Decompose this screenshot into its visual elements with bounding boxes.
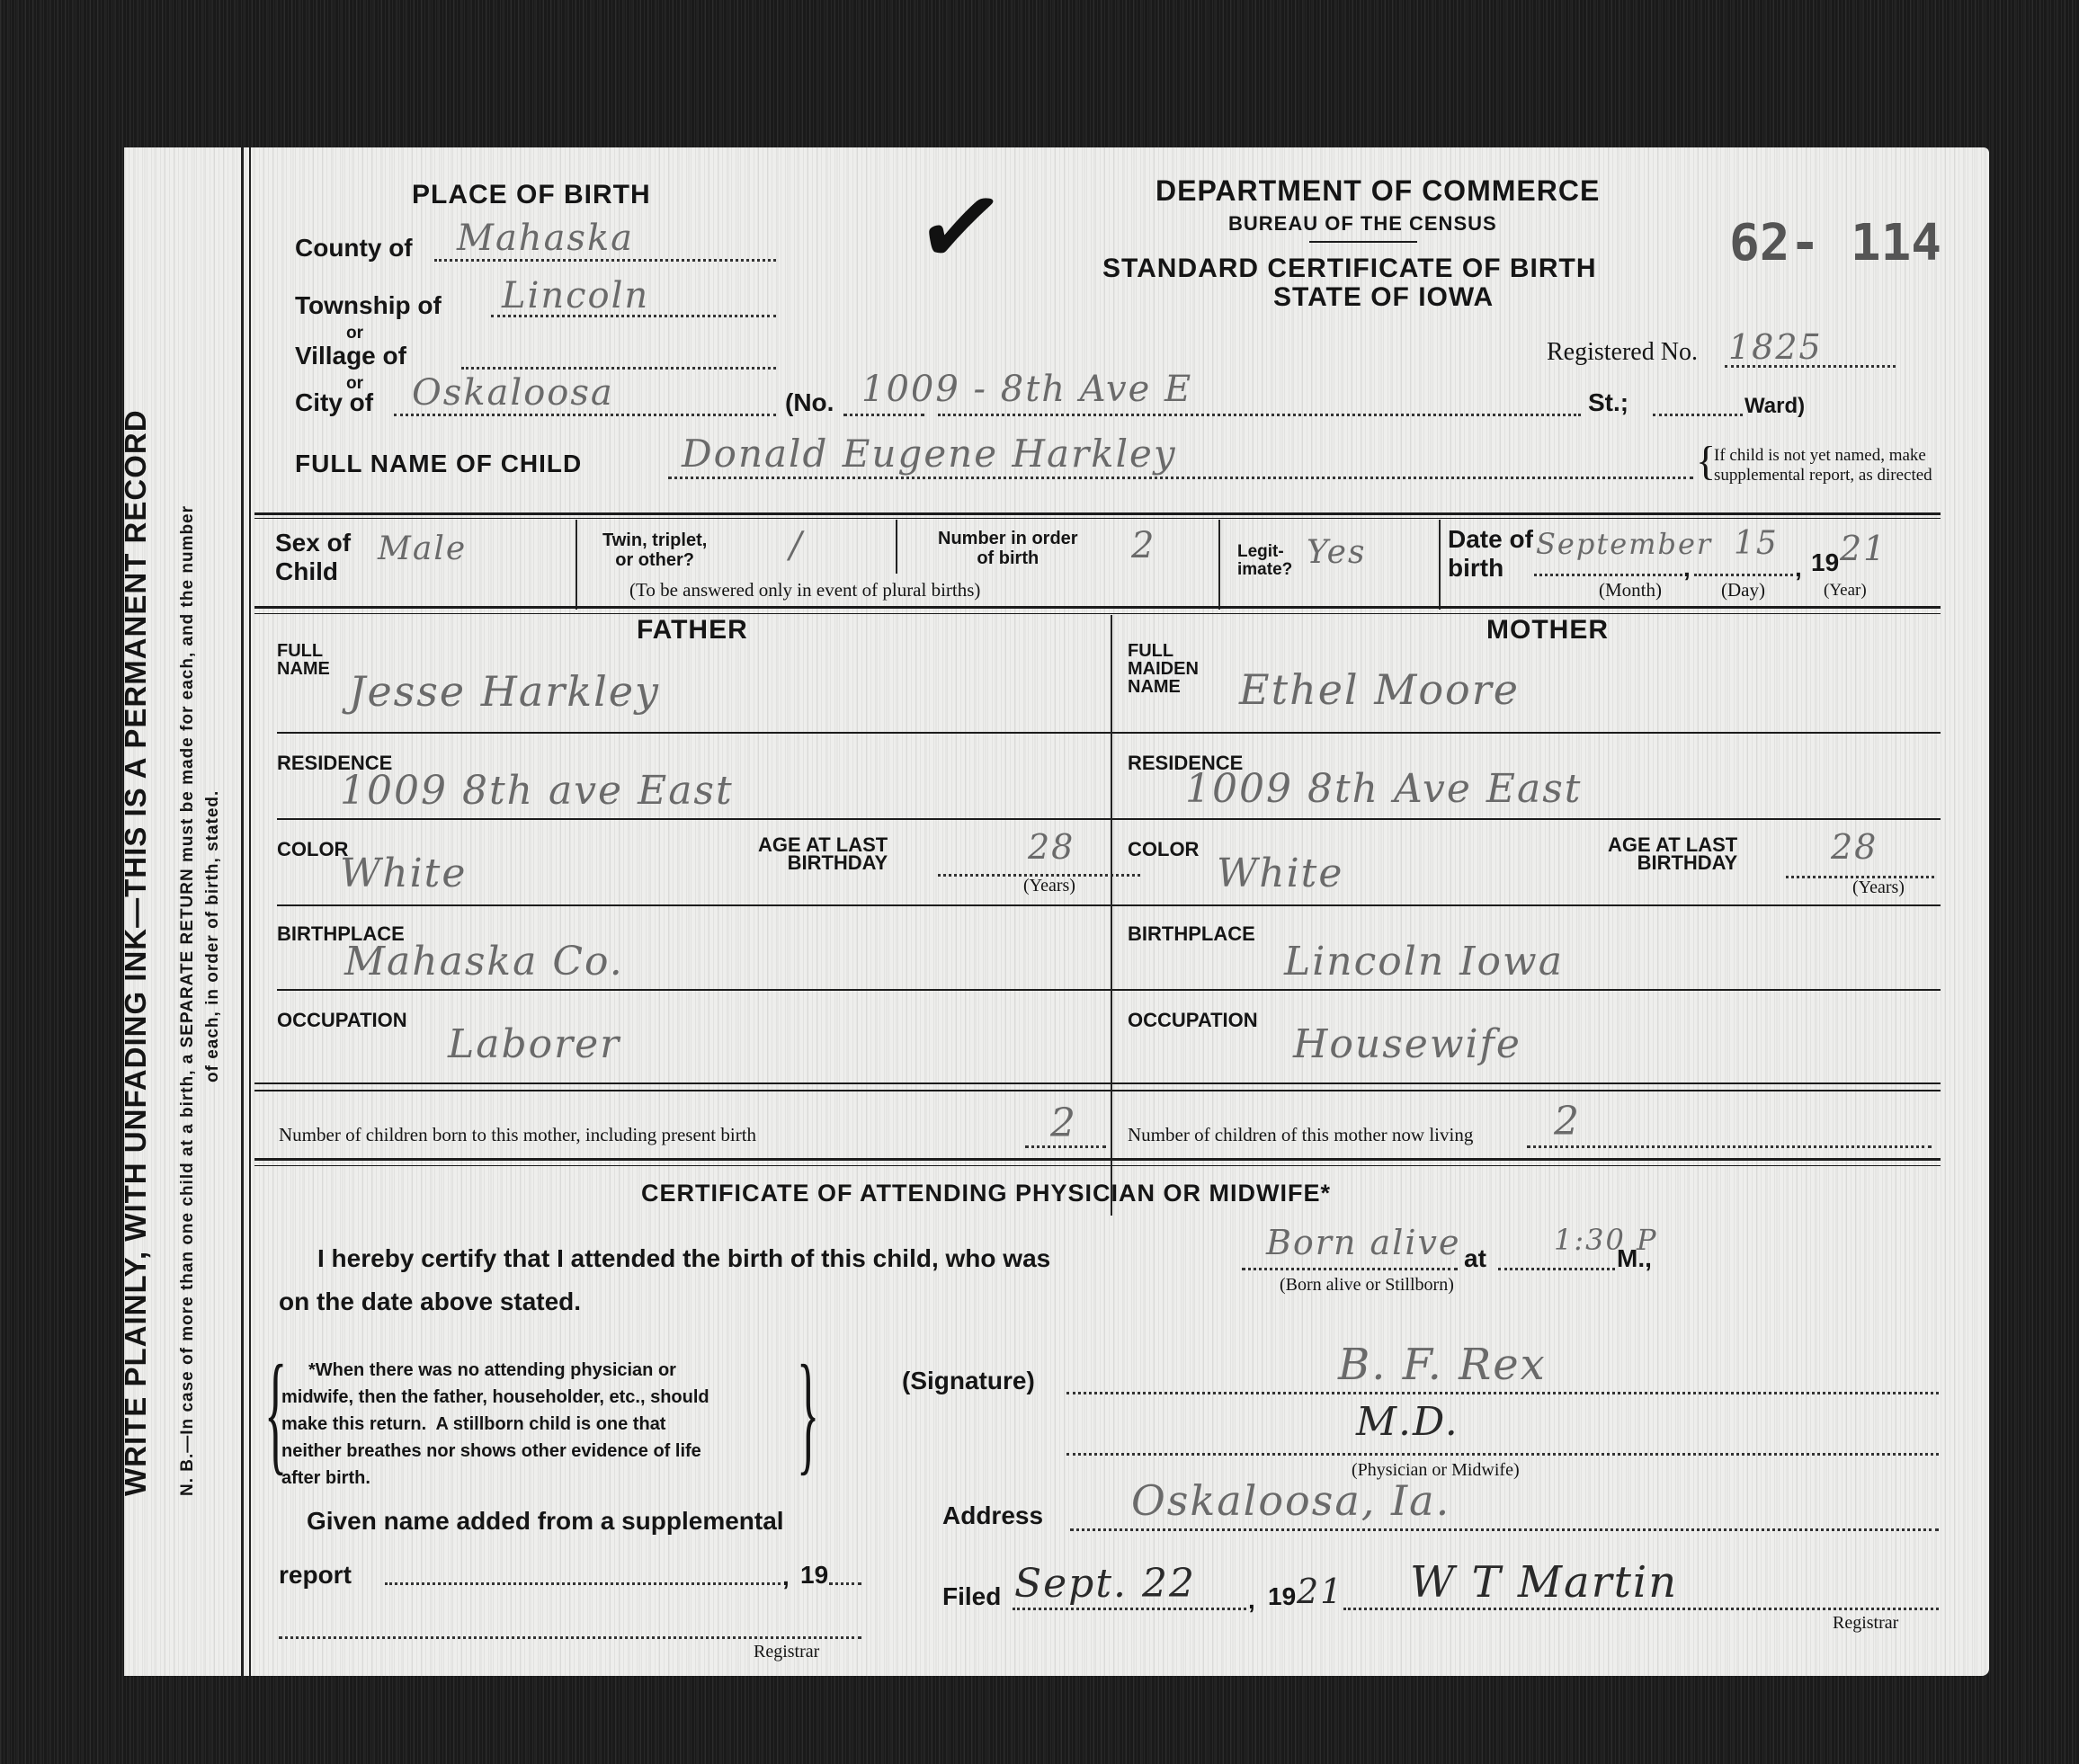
children-living-label: Number of children of this mother now li… xyxy=(1128,1124,1473,1146)
father-heading: FATHER xyxy=(637,615,748,646)
not-named-brace: { xyxy=(1696,441,1716,482)
city-value: Oskaloosa xyxy=(412,372,614,414)
mother-age-value: 28 xyxy=(1831,827,1878,867)
or-label-1: or xyxy=(346,324,363,343)
registrar-signature-line xyxy=(1343,1608,1939,1610)
registrar-caption: Registrar xyxy=(1833,1613,1898,1634)
child-row-divider-2 xyxy=(896,520,897,574)
supplemental-year-line xyxy=(829,1582,861,1585)
supplemental-registrar-line xyxy=(279,1636,861,1639)
margin-instruction-main: WRITE PLAINLY, WITH UNFADING INK—THIS IS… xyxy=(119,409,153,1496)
header-divider xyxy=(1309,241,1417,243)
certificate-title: STANDARD CERTIFICATE OF BIRTH xyxy=(1102,254,1597,284)
father-color-value: White xyxy=(340,851,467,896)
registered-number-value: 1825 xyxy=(1728,327,1823,367)
supplemental-registrar-caption: Registrar xyxy=(754,1642,819,1662)
filed-year-prefix: 19 xyxy=(1268,1582,1296,1611)
child-row-divider-3 xyxy=(1218,520,1220,610)
footnote-brace-right: } xyxy=(797,1345,819,1480)
not-named-note-2: supplemental report, as directed xyxy=(1714,466,1932,486)
not-named-note-1: If child is not yet named, make xyxy=(1714,446,1926,466)
meridiem-label: M., xyxy=(1617,1244,1652,1273)
margin-rule-2 xyxy=(249,147,251,1676)
township-value: Lincoln xyxy=(502,275,649,316)
footnote-text: *When there was no attending physician o… xyxy=(281,1357,709,1492)
mother-color-value: White xyxy=(1217,851,1343,896)
child-name-line xyxy=(668,477,1693,479)
registered-number-label: Registered No. xyxy=(1547,338,1698,367)
street-number-label: (No. xyxy=(785,388,834,417)
date-stated-text: on the date above stated. xyxy=(279,1287,581,1316)
dob-year-prefix: 19 xyxy=(1811,548,1839,577)
county-label: County of xyxy=(295,234,413,263)
dob-day-value: 15 xyxy=(1734,525,1779,562)
mother-birthplace-rule xyxy=(1124,989,1941,991)
twin-value: / xyxy=(790,525,803,566)
child-name-value: Donald Eugene Harkley xyxy=(682,432,1177,476)
children-living-value: 2 xyxy=(1554,1099,1581,1145)
ward-field-line xyxy=(1653,414,1743,416)
filed-date-value: Sept. 22 xyxy=(1014,1561,1196,1607)
signature-title: M.D. xyxy=(1356,1399,1459,1445)
order-value: 2 xyxy=(1131,525,1155,566)
mother-name-value: Ethel Moore xyxy=(1239,665,1520,714)
born-status-value: Born alive xyxy=(1266,1223,1460,1262)
certify-statement: I hereby certify that I attended the bir… xyxy=(317,1244,1050,1273)
counts-top-rule xyxy=(254,1082,1941,1084)
supplemental-line xyxy=(385,1582,781,1585)
dob-day-line xyxy=(1694,574,1793,576)
dob-month-line xyxy=(1534,574,1682,576)
mother-color-label: COLOR xyxy=(1128,838,1199,861)
father-name-rule xyxy=(277,732,1145,734)
children-living-line xyxy=(1527,1145,1932,1148)
department-heading: DEPARTMENT OF COMMERCE xyxy=(1155,174,1600,208)
child-row-top-rule xyxy=(254,512,1941,515)
child-name-label: FULL NAME OF CHILD xyxy=(295,450,582,478)
father-name-value: Jesse Harkley xyxy=(349,667,660,716)
mother-heading: MOTHER xyxy=(1486,615,1609,646)
filed-date-line xyxy=(1013,1608,1246,1610)
filed-comma: , xyxy=(1248,1586,1255,1615)
signature-line-2 xyxy=(1066,1453,1939,1456)
sex-value: Male xyxy=(378,530,467,567)
margin-instruction-note-2: of each, in order of birth, stated. xyxy=(203,790,223,1082)
dob-comma-1: , xyxy=(1683,554,1691,583)
children-born-label: Number of children born to this mother, … xyxy=(279,1124,756,1146)
month-caption: (Month) xyxy=(1599,579,1662,601)
time-line xyxy=(1498,1268,1615,1270)
order-label: Number in order of birth xyxy=(938,529,1078,568)
address-label: Address xyxy=(942,1501,1043,1530)
father-occupation-label: OCCUPATION xyxy=(277,1009,407,1032)
signature-label: (Signature) xyxy=(902,1367,1035,1395)
father-name-label: FULL NAME xyxy=(277,642,330,678)
mother-occupation-value: Housewife xyxy=(1293,1021,1521,1067)
margin-rule-1 xyxy=(241,147,244,1676)
township-label: Township of xyxy=(295,291,442,320)
city-label: City of xyxy=(295,388,373,417)
mother-residence-value: 1009 8th Ave East xyxy=(1185,766,1582,812)
year-caption: (Year) xyxy=(1824,581,1867,601)
father-residence-rule xyxy=(277,818,1145,820)
street-name-line xyxy=(938,414,1581,416)
father-age-value: 28 xyxy=(1028,827,1075,867)
birth-certificate-document: WRITE PLAINLY, WITH UNFADING INK—THIS IS… xyxy=(124,147,1989,1676)
dob-year-value: 21 xyxy=(1840,529,1887,568)
city-field-line xyxy=(394,414,776,416)
file-number: 62- 114 xyxy=(1729,214,1941,272)
born-status-line xyxy=(1242,1268,1458,1270)
child-row-top-rule-2 xyxy=(254,518,1941,519)
street-number-line xyxy=(843,414,924,416)
physician-heading: CERTIFICATE OF ATTENDING PHYSICIAN OR MI… xyxy=(641,1180,1331,1207)
mother-name-rule xyxy=(1124,732,1941,734)
supplemental-label-2: report xyxy=(279,1561,352,1590)
father-residence-value: 1009 8th ave East xyxy=(340,768,734,814)
county-value: Mahaska xyxy=(457,218,634,259)
registrar-signature-value: W T Martin xyxy=(1410,1557,1678,1608)
place-of-birth-heading: PLACE OF BIRTH xyxy=(412,180,651,210)
checkmark-icon: ✓ xyxy=(907,160,1014,297)
plural-births-note: (To be answered only in event of plural … xyxy=(629,579,980,601)
village-field-line xyxy=(461,367,776,370)
father-birthplace-value: Mahaska Co. xyxy=(344,939,624,984)
father-years-caption: (Years) xyxy=(1023,876,1075,896)
address-value: Oskaloosa, Ia. xyxy=(1131,1476,1450,1525)
address-line xyxy=(1070,1528,1939,1531)
twin-label: Twin, triplet, or other? xyxy=(602,530,707,570)
filed-label: Filed xyxy=(942,1582,1001,1611)
child-row-divider-4 xyxy=(1439,520,1441,610)
legitimate-label: Legit- imate? xyxy=(1237,543,1292,579)
father-birthplace-rule xyxy=(277,989,1145,991)
counts-bottom-rule-2 xyxy=(254,1165,1941,1166)
legitimate-value: Yes xyxy=(1307,534,1366,571)
at-label: at xyxy=(1464,1244,1486,1273)
village-label: Village of xyxy=(295,342,406,370)
mother-residence-rule xyxy=(1124,818,1941,820)
filed-year-value: 21 xyxy=(1297,1572,1343,1611)
father-color-label: COLOR xyxy=(277,838,348,861)
father-age-label: AGE AT LAST BIRTHDAY xyxy=(758,836,888,872)
bureau-heading: BUREAU OF THE CENSUS xyxy=(1228,212,1497,236)
mother-age-label: AGE AT LAST BIRTHDAY xyxy=(1608,836,1737,872)
state-heading: STATE OF IOWA xyxy=(1273,282,1494,313)
children-born-value: 2 xyxy=(1050,1100,1077,1146)
father-occupation-value: Laborer xyxy=(448,1021,620,1067)
ward-label: Ward) xyxy=(1744,394,1805,419)
born-status-caption: (Born alive or Stillborn) xyxy=(1280,1275,1454,1296)
mother-years-caption: (Years) xyxy=(1852,878,1905,898)
sex-label: Sex of Child xyxy=(275,529,351,586)
mother-color-rule xyxy=(1124,904,1941,906)
supplemental-year-prefix: 19 xyxy=(800,1561,828,1590)
signature-line xyxy=(1066,1392,1939,1394)
father-color-rule xyxy=(277,904,1145,906)
mother-birthplace-label: BIRTHPLACE xyxy=(1128,922,1255,946)
counts-top-rule-2 xyxy=(254,1090,1941,1091)
counts-bottom-rule xyxy=(254,1158,1941,1161)
supplemental-comma: , xyxy=(782,1563,790,1591)
supplemental-label-1: Given name added from a supplemental xyxy=(307,1507,784,1536)
margin-instruction-note: N. B.—In case of more than one child at … xyxy=(178,505,198,1496)
day-caption: (Day) xyxy=(1721,579,1765,601)
dob-label: Date of birth xyxy=(1448,525,1533,583)
county-field-line xyxy=(434,259,776,262)
parents-top-rule xyxy=(254,606,1941,609)
child-row-divider-1 xyxy=(576,520,577,610)
parents-top-rule-2 xyxy=(254,613,1941,614)
mother-birthplace-value: Lincoln Iowa xyxy=(1284,939,1564,984)
signature-value: B. F. Rex xyxy=(1338,1340,1547,1390)
street-label: St.; xyxy=(1588,388,1628,417)
mother-occupation-label: OCCUPATION xyxy=(1128,1009,1258,1032)
parents-center-divider xyxy=(1111,615,1112,1216)
street-value: 1009 - 8th Ave E xyxy=(861,369,1192,410)
dob-comma-2: , xyxy=(1795,554,1802,583)
mother-name-label: FULL MAIDEN NAME xyxy=(1128,642,1199,696)
